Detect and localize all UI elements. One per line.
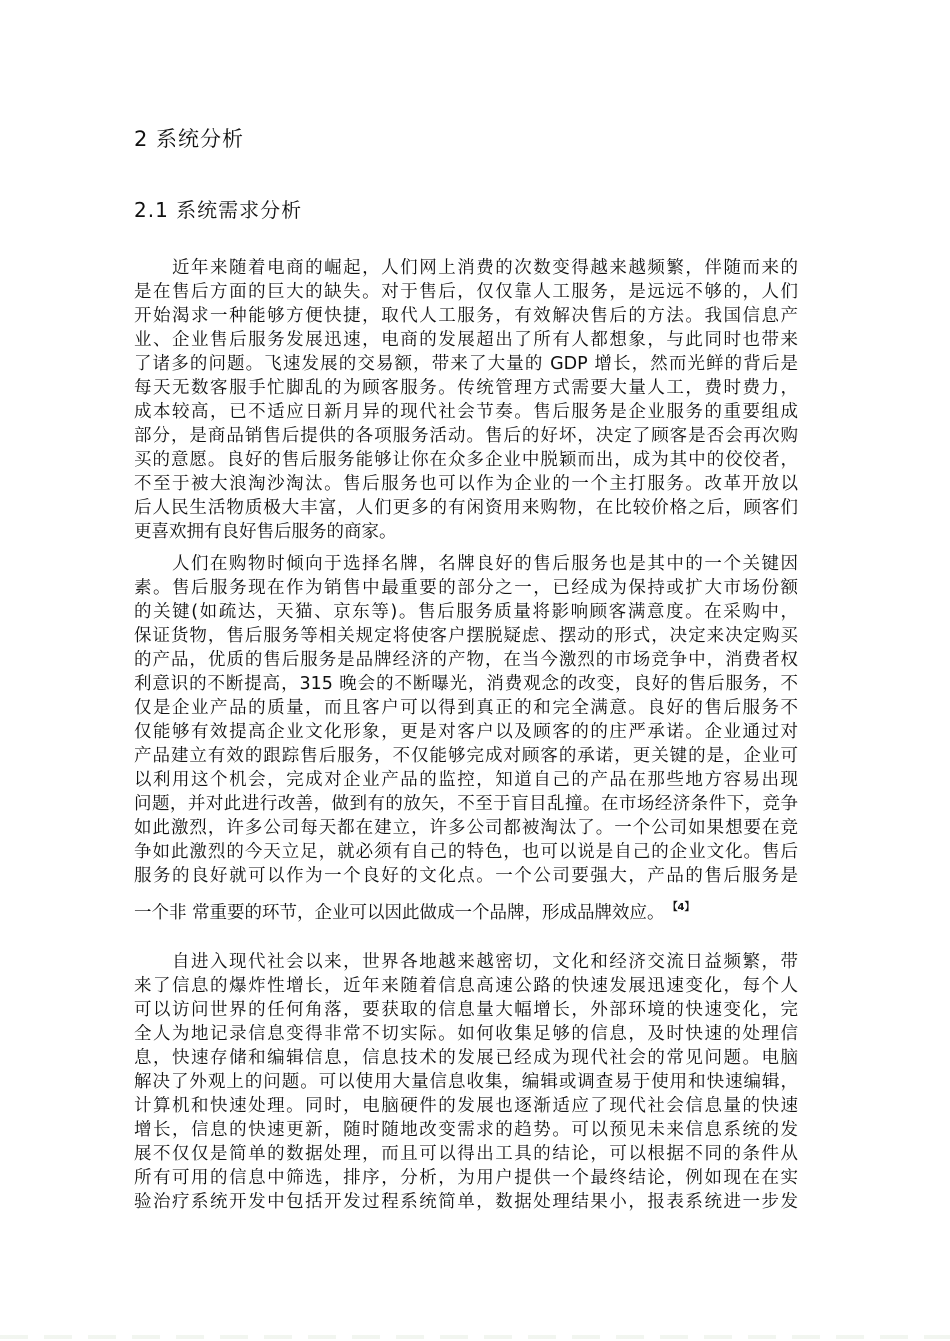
text-line: 后人民生活物质极大丰富，人们更多的有闲资用来购物，在比较价格之后，顾客们 xyxy=(134,496,798,520)
text-line: 增长，信息的快速更新，随时随地改变需求的趋势。可以预见未来信息系统的发 xyxy=(134,1118,798,1142)
text-line: 每天无数客服手忙脚乱的为顾客服务。传统管理方式需要大量人工，费时费力， xyxy=(134,376,798,400)
text-line: 争如此激烈的今天立足，就必须有自己的特色，也可以说是自己的企业文化。售后 xyxy=(134,840,798,864)
text-line: 保证货物，售后服务等相关规定将使客户摆脱疑虑、摆动的形式，决定来决定购买 xyxy=(134,624,798,648)
citation-ref: 【4】 xyxy=(673,902,695,913)
chapter-heading: 2 系统分析 xyxy=(134,124,244,154)
text-line: 仅是企业产品的质量，而且客户可以得到真正的和完全满意。良好的售后服务不 xyxy=(134,696,798,720)
paragraph-1: 近年来随着电商的崛起，人们网上消费的次数变得越来越频繁，伴随而来的 是在售后方面… xyxy=(134,256,798,544)
text-line: 是在售后方面的巨大的缺失。对于售后，仅仅靠人工服务，是远远不够的，人们 xyxy=(134,280,798,304)
text-line: 如此激烈，许多公司每天都在建立，许多公司都被淘汰了。一个公司如果想要在竞 xyxy=(134,816,798,840)
scan-artifact-line xyxy=(0,1335,950,1339)
text-line: 素。售后服务现在作为销售中最重要的部分之一，已经成为保持或扩大市场份额 xyxy=(134,576,798,600)
text-line: 产品建立有效的跟踪售后服务，不仅能够完成对顾客的承诺，更关键的是，企业可 xyxy=(134,744,798,768)
text-line: 的关键(如疏达，天猫、京东等)。售后服务质量将影响顾客满意度。在采购中， xyxy=(134,600,798,624)
text-line: 可以访问世界的任何角落，要获取的信息量大幅增长，外部环境的快速变化，完 xyxy=(134,998,798,1022)
text-line: 人们在购物时倾向于选择名牌，名牌良好的售后服务也是其中的一个关键因 xyxy=(134,552,798,576)
text-line: 开始渴求一种能够方便快捷，取代人工服务，有效解决售后的方法。我国信息产 xyxy=(134,304,798,328)
text-line: 不至于被大浪淘沙淘汰。售后服务也可以作为企业的一个主打服务。改革开放以 xyxy=(134,472,798,496)
text-line: 问题，并对此进行改善，做到有的放矢，不至于盲目乱撞。在市场经济条件下，竞争 xyxy=(134,792,798,816)
section-heading: 2.1 系统需求分析 xyxy=(134,195,302,225)
text-line: 近年来随着电商的崛起，人们网上消费的次数变得越来越频繁，伴随而来的 xyxy=(134,256,798,280)
text-line: 了诸多的问题。飞速发展的交易额，带来了大量的 GDP 增长，然而光鲜的背后是 xyxy=(134,352,798,376)
text-line: 更喜欢拥有良好售后服务的商家。 xyxy=(134,520,798,544)
paragraph-2: 人们在购物时倾向于选择名牌，名牌良好的售后服务也是其中的一个关键因 素。售后服务… xyxy=(134,552,798,928)
text-line: 全人为地记录信息变得非常不切实际。如何收集足够的信息，及时快速的处理信 xyxy=(134,1022,798,1046)
text-line: 买的意愿。良好的售后服务能够让你在众多企业中脱颖而出，成为其中的佼佼者， xyxy=(134,448,798,472)
text-line: 验治疗系统开发中包括开发过程系统简单，数据处理结果小，报表系统进一步发 xyxy=(134,1190,798,1214)
text-line: 以利用这个机会，完成对企业产品的监控，知道自己的产品在那些地方容易出现 xyxy=(134,768,798,792)
text-line: 成本较高，已不适应日新月异的现代社会节奏。售后服务是企业服务的重要组成 xyxy=(134,400,798,424)
text-line: 业、企业售后服务发展迅速，电商的发展超出了所有人都想象，与此同时也带来 xyxy=(134,328,798,352)
text-line: 的产品，优质的售后服务是品牌经济的产物，在当今激烈的市场竞争中，消费者权 xyxy=(134,648,798,672)
text-line: 展不仅仅是简单的数据处理，而且可以得出工具的结论，可以根据不同的条件从 xyxy=(134,1142,798,1166)
text-line: 计算机和快速处理。同时，电脑硬件的发展也逐渐适应了现代社会信息量的快速 xyxy=(134,1094,798,1118)
paragraph-3: 自进入现代社会以来，世界各地越来越密切，文化和经济交流日益频繁，带 来了信息的爆… xyxy=(134,950,798,1214)
text-line: 来了信息的爆炸性增长，近年来随着信息高速公路的快速发展迅速变化，每个人 xyxy=(134,974,798,998)
text-line: 息，快速存储和编辑信息，信息技术的发展已经成为现代社会的常见问题。电脑 xyxy=(134,1046,798,1070)
text-line: 服务的良好就可以作为一个良好的文化点。一个公司要强大，产品的售后服务是 xyxy=(134,864,798,888)
text-line: 利意识的不断提高，315 晚会的不断曝光，消费观念的改变，良好的售后服务，不 xyxy=(134,672,798,696)
text-line-with-citation: 一个非 常重要的环节，企业可以因此做成一个品牌，形成品牌效应。【4】 xyxy=(134,888,798,928)
text-line: 一个非 常重要的环节，企业可以因此做成一个品牌，形成品牌效应。 xyxy=(134,903,665,923)
text-line: 自进入现代社会以来，世界各地越来越密切，文化和经济交流日益频繁，带 xyxy=(134,950,798,974)
text-line: 部分，是商品销售后提供的各项服务活动。售后的好坏，决定了顾客是否会再次购 xyxy=(134,424,798,448)
text-line: 仅能够有效提高企业文化形象，更是对客户以及顾客的的庄严承诺。企业通过对 xyxy=(134,720,798,744)
text-line: 所有可用的信息中筛选，排序，分析，为用户提供一个最终结论，例如现在在实 xyxy=(134,1166,798,1190)
text-line: 解决了外观上的问题。可以使用大量信息收集，编辑或调查易于使用和快速编辑， xyxy=(134,1070,798,1094)
